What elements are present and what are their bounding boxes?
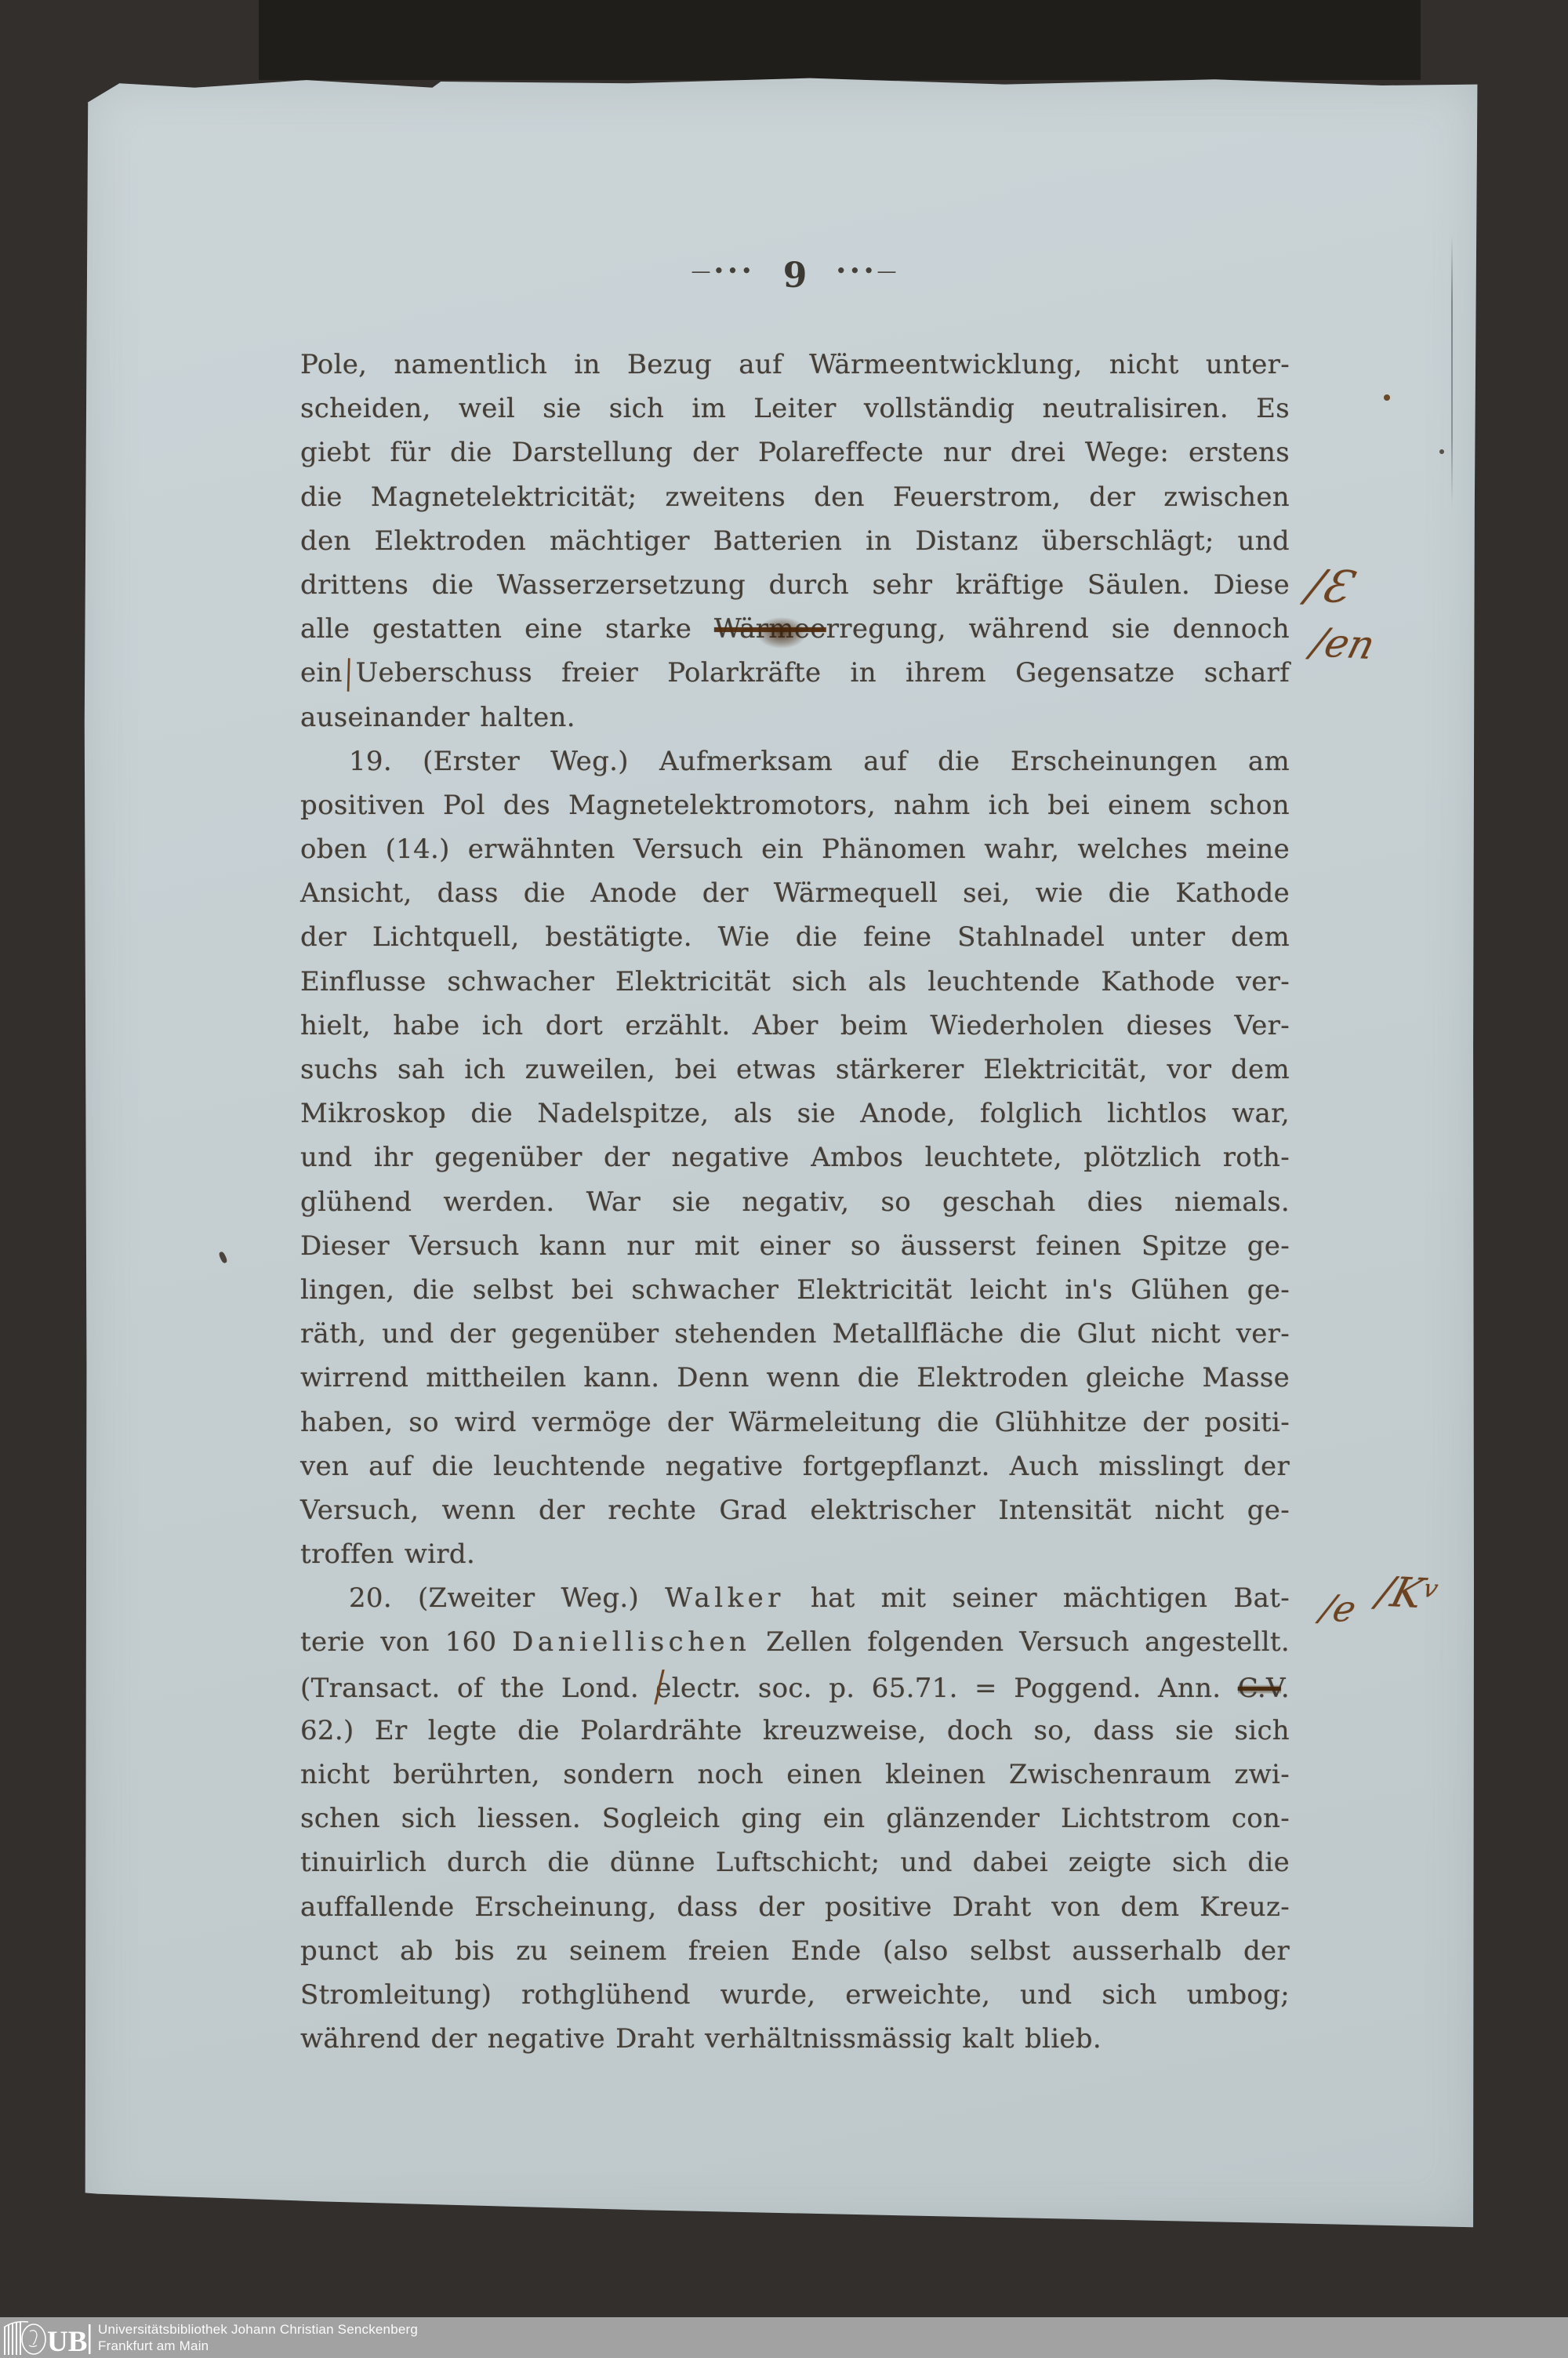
text-line: punct ab bis zu seinem freien Ende (also… [300,1929,1290,1973]
text-line: giebt für die Darstellung der Polareffec… [300,431,1290,474]
letterspaced-name: Daniellischen [512,1626,750,1658]
text-line: räth, und der gegenüber stehenden Metall… [300,1312,1290,1356]
text-line: 62.) Er legte die Polardrähte kreuzweise… [300,1709,1290,1753]
text-line: Stromleitung) rothglühend wurde, erweich… [300,1973,1290,2017]
text-line: 20. (Zweiter Weg.) Walker hat mit seiner… [300,1576,1290,1620]
scanned-page: —•••9•••— Pole, namentlich in Bezug auf … [83,77,1480,2229]
text-line: alle gestatten eine starke Wärmeerregung… [300,607,1290,651]
text-line: Dieser Versuch kann nur mit einer so äus… [300,1224,1290,1268]
ub-monogram: UB [47,2326,87,2356]
page-header: —•••9•••— [300,256,1290,311]
logo-divider [89,2324,91,2354]
text-line: den Elektroden mächtiger Batterien in Di… [300,519,1290,563]
library-logo-icon: UB [3,2319,93,2356]
text-line: glühend werden. War sie negativ, so gesc… [300,1180,1290,1224]
margin-note-correction-2: ∕en [1307,619,1380,668]
text-line: Versuch, wenn der rechte Grad elektrisch… [300,1488,1290,1532]
text-line: Einflusse schwacher Elektricität sich al… [300,960,1290,1004]
struck-word: C.V [1238,1673,1281,1704]
text-line: ven auf die leuchtende negative fortgepf… [300,1444,1290,1488]
text-line: Mikroskop die Nadelspitze, als sie Anode… [300,1092,1290,1135]
text-line: während der negative Draht verhältnissmä… [300,2017,1290,2061]
library-caption: Universitätsbibliothek Johann Christian … [98,2321,418,2354]
text-line: hielt, habe ich dort erzählt. Aber beim … [300,1004,1290,1048]
library-name: Universitätsbibliothek Johann Christian … [98,2321,418,2338]
letterspaced-name: Walker [665,1582,785,1614]
text-line: (Transact. of the Lond. ∕electr. soc. p.… [300,1665,1290,1709]
text-line: und ihr gegenüber der negative Ambos leu… [300,1135,1290,1179]
text-line: die Magnetelektricität; zweitens den Feu… [300,475,1290,519]
header-ornament-left: —••• [691,260,754,282]
paper-speck [218,1251,228,1264]
text-line: oben (14.) erwähnten Versuch ein Phänome… [300,827,1290,871]
text-block: Pole, namentlich in Bezug auf Wärmeentwi… [300,343,1290,2061]
paper-speck [1384,394,1390,401]
page-number: 9 [783,256,808,296]
text-line: der Lichtquell, bestätigte. Wie die fein… [300,915,1290,959]
book-pages-icon [4,2322,28,2355]
struck-word: Wärmee [714,613,826,645]
paper-fold-crease [1451,235,1453,506]
text-line: Ansicht, dass die Anode der Wärmequell s… [300,871,1290,915]
portrait-icon [22,2324,45,2354]
text-line: 19. (Erster Weg.) Aufmerksam auf die Ers… [300,739,1290,783]
text-line: auseinander halten. [300,696,1290,739]
text-line: lingen, die selbst bei schwacher Elektri… [300,1268,1290,1312]
library-footer-bar: UB Universitätsbibliothek Johann Christi… [0,2317,1568,2358]
text-line: nicht berührten, sondern noch einen klei… [300,1753,1290,1797]
paper-speck [1439,449,1444,454]
text-line: auffallende Erscheinung, dass der positi… [300,1885,1290,1929]
text-line: ein|Ueberschuss freier Polarkräfte in ih… [300,651,1290,695]
text-line: haben, so wird vermöge der Wärmeleitung … [300,1401,1290,1444]
margin-note-correction-1: ∕Ɛ [1301,561,1356,614]
text-line: terie von 160 Daniellischen Zellen folge… [300,1620,1290,1664]
insertion-mark: | [343,645,354,701]
text-line: positiven Pol des Magnetelektromotors, n… [300,783,1290,827]
scanner-bed-shadow [259,0,1421,80]
text-line: Pole, namentlich in Bezug auf Wärmeentwi… [300,343,1290,387]
header-ornament-right: •••— [835,260,898,282]
library-city: Frankfurt am Main [98,2338,418,2354]
text-line: wirrend mittheilen kann. Denn wenn die E… [300,1356,1290,1400]
text-line: suchs sah ich zuweilen, bei etwas stärke… [300,1048,1290,1092]
text-line: tinuirlich durch die dünne Luftschicht; … [300,1840,1290,1884]
margin-note-correction-4: ∕Kv [1373,1568,1443,1619]
text-line: schen sich liessen. Sogleich ging ein gl… [300,1797,1290,1840]
margin-note-correction-3: ∕e [1316,1586,1360,1630]
text-line: scheiden, weil sie sich im Leiter vollst… [300,387,1290,431]
scan-viewer: —•••9•••— Pole, namentlich in Bezug auf … [0,0,1568,2358]
text-line: troffen wird. [300,1532,1290,1576]
text-line: drittens die Wasserzersetzung durch sehr… [300,563,1290,607]
margin-note-text: ∕K [1373,1568,1429,1618]
